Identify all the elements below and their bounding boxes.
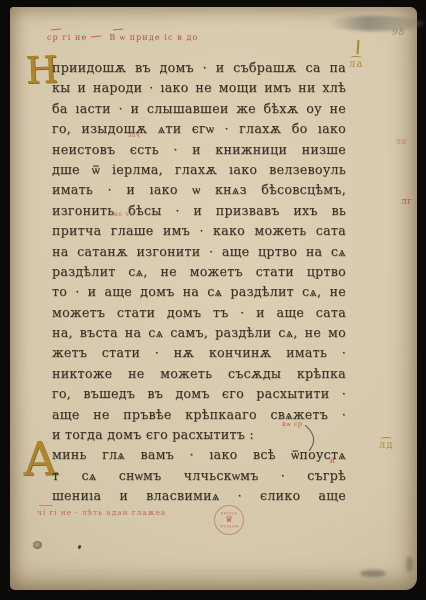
margin-mark-ld: лд <box>379 440 394 451</box>
margin-mark-i: й <box>330 457 335 465</box>
text-line: жетъ стати · нѫ кончинѫ имать · <box>52 343 346 363</box>
text-line: кы и народи · ıако не мощи имъ ни хлѣ <box>52 78 346 98</box>
text-line: притча глаше имъ · како можеть сата <box>52 221 346 241</box>
text-line: никтоже не можеть съсѫды крѣпка <box>52 364 346 384</box>
ink-speck <box>77 545 81 550</box>
text-line: го, въшедъ въ домъ єго расхытити · <box>52 384 346 404</box>
text-line: го, изыдошѫ ѧти єгѡ · глахѫ бо ıако <box>52 119 346 139</box>
manuscript-page: 98 ср гі неВ ѡ приде іс в до Н А приидош… <box>10 7 417 590</box>
crown-icon: ♛ <box>225 516 233 524</box>
pen-flourish <box>302 425 320 453</box>
parchment-stain <box>33 541 42 549</box>
text-line: на сатанѫ изгонити · аще цртво на сѧ <box>52 242 346 262</box>
folio-number: 98 <box>392 28 405 38</box>
text-line: дше ѿ іерлма, глахѫ ıако велзевоуль <box>52 160 346 180</box>
text-line: раздѣлит сѧ, не можетъ стати цртво <box>52 262 346 282</box>
pencil-smudge <box>328 16 424 31</box>
text-line: изгонить бѣсы · и призвавъ ихъ вь <box>52 201 346 221</box>
interlinear-note: зач <box>128 132 140 139</box>
text-line: то · и аще домъ на сѧ раздѣлит сѧ, не <box>52 282 346 302</box>
rubric-weekday: ср гі не <box>47 33 87 42</box>
text-line: т сѧ снѡмъ члчьскѡмъ · съгрѣ <box>52 466 346 486</box>
text-line: имать · и ıако ѡ кнѧз бѣсовсцѣмъ, <box>52 180 346 200</box>
stamp-text-top: BRITISH <box>221 512 238 515</box>
header-rubric: ср гі неВ ѡ приде іс в до <box>47 33 198 42</box>
gold-margin-stroke <box>357 40 359 54</box>
margin-mark-lv: лв <box>396 137 407 146</box>
text-line: ба ıасти · и слышавшеи же бѣхѫ оу не <box>52 99 346 119</box>
bottom-smudge <box>360 570 386 577</box>
bottom-smudge <box>406 556 413 572</box>
british-museum-stamp-icon: BRITISH ♛ MUSEUM <box>214 505 244 535</box>
rubric-incipit: В ѡ приде іс в до <box>109 33 198 42</box>
stamp-text-bottom: MUSEUM <box>220 525 238 528</box>
photo-background: 98 ср гі неВ ѡ приде іс в до Н А приидош… <box>0 0 426 600</box>
text-line: можетъ стати домъ тъ · и аще сата <box>52 303 346 323</box>
footer-rubric: чї гі не · лѣть адаи глажеа <box>37 508 166 517</box>
margin-mark-la: ла <box>349 59 363 70</box>
text-line: неистовъ єсть · и книжници низше <box>52 140 346 160</box>
lection-end-note: кѡ ср <box>282 420 303 428</box>
text-line: приидошѫ въ домъ · и събрашѫ са па <box>52 58 346 78</box>
interlinear-note: не чт <box>114 211 133 218</box>
margin-mark-lg: лг <box>401 197 412 207</box>
text-line: шениıа и власвимиѧ · єлико аще <box>52 486 346 506</box>
text-line: на, въста на сѧ самъ, раздѣли сѧ, не мо <box>52 323 346 343</box>
